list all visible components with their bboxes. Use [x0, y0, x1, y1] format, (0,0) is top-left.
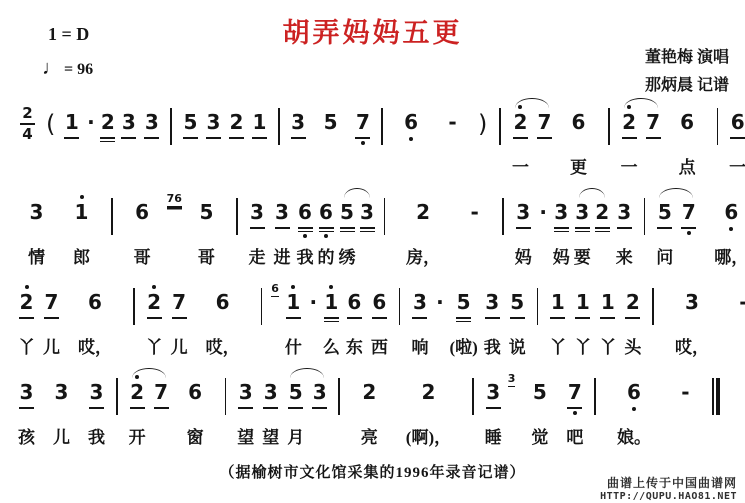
note-digit: -: [446, 110, 459, 135]
lyric: 更: [570, 153, 587, 175]
note-digit: 5: [457, 290, 471, 315]
lyric: 丫: [549, 333, 566, 355]
note-digit: -: [679, 380, 692, 405]
beam-line: [516, 227, 531, 229]
augmentation-dot: ·: [433, 277, 446, 355]
lyric: 头: [624, 333, 641, 355]
note-digit: 2: [130, 380, 144, 405]
note-digit: 3: [20, 380, 34, 405]
barline: [381, 97, 383, 145]
lyric: 睡: [485, 423, 502, 445]
note: 3: [291, 97, 306, 175]
note: 6东: [346, 277, 363, 355]
note-digit: 3: [313, 380, 327, 405]
lyric: 娘。: [617, 423, 651, 445]
note: 3睡: [485, 367, 502, 445]
note: 3情: [28, 187, 45, 265]
beam-area: [250, 225, 265, 240]
note: 2丫: [18, 277, 35, 355]
beam-area: [89, 405, 104, 420]
lyric: 么: [323, 333, 340, 355]
lyric: 什: [285, 333, 302, 355]
barline: [499, 97, 501, 145]
barline-mark: [608, 108, 610, 145]
lyric: 郎: [73, 243, 90, 265]
note: 3儿: [53, 367, 70, 445]
beam-line: [622, 137, 637, 139]
note-digit: 3: [617, 200, 631, 225]
note-digit: 6: [627, 380, 641, 405]
beam-line: [347, 317, 362, 319]
beam-area: [730, 135, 745, 150]
note-digit: 1: [551, 290, 565, 315]
note-digit: 3: [30, 200, 44, 225]
beam-area: [154, 405, 169, 420]
beam-area: [340, 225, 355, 240]
beam-line: [298, 227, 313, 229]
octave-dot-above: [152, 285, 156, 289]
barline-mark: [399, 288, 401, 325]
lyric: 月: [287, 423, 304, 445]
note: 2: [595, 187, 610, 265]
note: 7: [355, 97, 370, 175]
beam-area: [729, 225, 733, 240]
lyric: 绣: [339, 243, 356, 265]
barline: [399, 277, 401, 325]
note-digit: 3: [485, 290, 499, 315]
beam-area: [229, 135, 244, 150]
note: 3: [360, 187, 375, 265]
beam-line: [288, 407, 303, 409]
lyric: 我: [88, 423, 105, 445]
note-digit: 1: [576, 290, 590, 315]
barline-mark: [236, 198, 238, 235]
lyric: 说: [509, 333, 526, 355]
lyric: 妈: [553, 243, 570, 265]
beam-area: [324, 315, 339, 330]
beam-area: [567, 405, 582, 420]
parenthesis: (: [46, 97, 55, 138]
beam-line: [537, 137, 552, 139]
note: 6一: [729, 97, 745, 175]
barline: [111, 187, 113, 235]
barline: [644, 187, 646, 235]
beam-area: [537, 135, 552, 150]
note: 2: [229, 97, 244, 175]
barline: [384, 187, 386, 235]
note: 5哥: [198, 187, 215, 265]
lyric: 窗: [187, 423, 204, 445]
lyric: 开: [129, 423, 146, 445]
beam-line: [355, 137, 370, 139]
lyric: 我: [297, 243, 314, 265]
lyric: 响: [411, 333, 428, 355]
barline: [537, 277, 539, 325]
note-digit: 1: [286, 290, 300, 315]
lyric: 妈: [515, 243, 532, 265]
beam-line: [646, 137, 661, 139]
note: 6我: [297, 187, 314, 265]
note-digit: 3: [516, 200, 530, 225]
beam-area: [409, 135, 413, 150]
note: 1: [64, 97, 79, 175]
note: 7: [537, 97, 552, 175]
augmentation-dot: ·: [537, 187, 550, 265]
final-barline: [712, 367, 720, 415]
note-digit: 1: [324, 290, 338, 315]
slur-group: 2开7: [125, 367, 173, 445]
beam-area: [298, 225, 313, 240]
beam-area: [183, 135, 198, 150]
note: 3响: [411, 277, 428, 355]
beam-line: [625, 317, 640, 319]
grace-note-digits: 3: [508, 373, 516, 387]
octave-dot-below: [573, 411, 577, 415]
beam-area: [263, 405, 278, 420]
note: 3: [206, 97, 221, 175]
time-signature: 24: [20, 97, 35, 142]
beam-line: [100, 137, 115, 139]
note: 6更: [570, 97, 587, 175]
beam-line: [412, 317, 427, 319]
beam-area: [347, 315, 362, 330]
note: 1丫: [574, 277, 591, 355]
barline-mark: [381, 108, 383, 145]
barline: [472, 367, 474, 415]
lyric: 哥: [198, 243, 215, 265]
note: 5问: [656, 187, 673, 265]
note: 3进: [274, 187, 291, 265]
beam-area: [681, 225, 696, 240]
note: 6哪，: [714, 187, 745, 265]
beam-line: [510, 317, 525, 319]
notation-line: 24(1·23353213576-)2一76更2一76点6一6更13鼓5儿6梆，…: [14, 97, 738, 175]
note-digit: 6: [347, 290, 361, 315]
octave-dot-above-area: [291, 277, 295, 290]
barline: [225, 367, 227, 415]
beam-area: [513, 135, 528, 150]
note-digit: 3: [554, 200, 568, 225]
beam-line: [183, 137, 198, 139]
tempo-value: = 96: [64, 61, 93, 78]
beam-line: [250, 227, 265, 229]
beam-line: [291, 137, 306, 139]
note-digit: 6: [298, 200, 312, 225]
time-signature-stack: 24: [20, 106, 35, 142]
note-digit: 6: [88, 290, 102, 315]
beam-area: [19, 405, 34, 420]
note-digit: 2: [20, 290, 34, 315]
barline: [652, 277, 654, 325]
lyric: 我: [484, 333, 501, 355]
note: 1郎: [73, 187, 90, 265]
barline-mark: [384, 198, 386, 235]
note: 6哥: [134, 187, 151, 265]
barline-mark: [537, 288, 539, 325]
beam-line: [372, 317, 387, 319]
barline: [608, 97, 610, 145]
parenthesis: ): [478, 97, 487, 138]
lyric: 儿: [43, 333, 60, 355]
beam-area: [485, 315, 500, 330]
note-digit: 2: [626, 290, 640, 315]
note: 7儿: [43, 277, 60, 355]
beam-area: [600, 315, 615, 330]
notation-line: 3孩3儿3我2开76窗3望3望5月32亮2(啊)，3睡35觉7吧6娘。-: [14, 367, 738, 445]
duration-dash: -: [446, 97, 459, 175]
beam-area: [516, 225, 531, 240]
lyric: 望: [262, 423, 279, 445]
octave-dot-above-area: [80, 187, 84, 200]
beam-line: [595, 231, 610, 233]
beam-area: [550, 315, 565, 330]
slur-group: 5问7: [652, 187, 700, 265]
note-digit: 7: [154, 380, 168, 405]
note: 7: [646, 97, 661, 175]
lyric: 哎，: [206, 333, 240, 355]
note-digit: 3: [575, 200, 589, 225]
note-digit: 5: [510, 290, 524, 315]
beam-line: [252, 137, 267, 139]
beam-line: [681, 227, 696, 229]
note-digit: 3: [90, 380, 104, 405]
note-digit: 2: [230, 110, 244, 135]
octave-dot-above: [291, 285, 295, 289]
note-digit: 6: [680, 110, 694, 135]
note-digit: 3: [486, 380, 500, 405]
beam-area: [130, 405, 145, 420]
barline-mark: [111, 198, 113, 235]
beam-line: [121, 137, 136, 139]
beam-area: [617, 225, 632, 240]
lyric: 望: [237, 423, 254, 445]
lyric: 西: [371, 333, 388, 355]
beam-area: [147, 315, 162, 330]
note: 5绣: [339, 187, 356, 265]
octave-dot-below: [361, 141, 365, 145]
note: 2一: [621, 97, 638, 175]
beam-line: [238, 407, 253, 409]
beam-area: [121, 135, 136, 150]
beam-area: [510, 315, 525, 330]
beam-area: [238, 405, 253, 420]
note-digit: 2: [416, 200, 430, 225]
note-digit: 6: [724, 200, 738, 225]
paren-mark: (: [46, 110, 55, 138]
note-digit: 2: [362, 380, 376, 405]
beam-line: [595, 227, 610, 229]
beam-area: [632, 405, 636, 420]
note-digit: 1: [75, 200, 89, 225]
performer-credit: 董艳梅 演唱: [645, 44, 729, 72]
beam-line: [567, 407, 582, 409]
beam-line: [554, 227, 569, 229]
beam-line: [485, 317, 500, 319]
thick-line: [716, 378, 720, 415]
barline-mark: [652, 288, 654, 325]
barline: [261, 277, 263, 325]
duration-dash: -: [468, 187, 481, 265]
lyric: 的: [318, 243, 335, 265]
note: 5: [183, 97, 198, 175]
beam-line: [600, 317, 615, 319]
note-digit: 2: [514, 110, 528, 135]
grace-note-digits: 6: [271, 283, 279, 297]
lyric: 点: [679, 153, 696, 175]
beam-area: [252, 135, 267, 150]
barline-mark: [261, 288, 263, 325]
barline-mark: [278, 108, 280, 145]
note-digit: 6: [188, 380, 202, 405]
note-digit: ·: [84, 110, 97, 135]
note: 6窗: [187, 367, 204, 445]
lyric: 问: [656, 243, 673, 265]
time-signature-bottom: 4: [22, 127, 32, 142]
lyric: 房，: [406, 243, 440, 265]
note: 3要: [574, 187, 591, 265]
note: 6娘。: [617, 367, 651, 445]
beam-line: [319, 227, 334, 229]
note: 3望: [237, 367, 254, 445]
barline: [278, 97, 280, 145]
beam-line: [64, 137, 79, 139]
beam-line: [360, 227, 375, 229]
slur-group: 2一7: [508, 97, 556, 175]
note-digit: 6: [216, 290, 230, 315]
note-digit: 3: [413, 290, 427, 315]
note: 2(啊)，: [406, 367, 451, 445]
barline-mark: [338, 378, 340, 415]
note-digit: 2: [622, 110, 636, 135]
note-digit: 5: [533, 380, 547, 405]
lyric: (啊)，: [406, 423, 451, 445]
beam-line: [298, 231, 313, 233]
note: 3: [144, 97, 159, 175]
barline-mark: [225, 378, 227, 415]
barline-mark: [594, 378, 596, 415]
slur-group: 5绣3: [337, 187, 377, 265]
barline: [236, 187, 238, 235]
note: 3妈: [553, 187, 570, 265]
note-digit: 5: [184, 110, 198, 135]
lyric: 孩: [18, 423, 35, 445]
beam-line: [144, 137, 159, 139]
octave-dot-above: [80, 195, 84, 199]
octave-dot-above-area: [152, 277, 156, 290]
lyric: 来: [616, 243, 633, 265]
lyric: 情: [28, 243, 45, 265]
note: 3我: [88, 367, 105, 445]
lyric: 哎，: [78, 333, 112, 355]
grace-note: 76: [167, 187, 182, 207]
lyric: 一: [729, 153, 745, 175]
note-digit: 6: [319, 200, 333, 225]
beam-line: [324, 317, 339, 319]
notation-line: 2丫7儿6哎，2丫7儿6哎，61什·1么6东6西3响·5(啦)3我5说1丫1丫1…: [14, 277, 738, 355]
beam-line: [147, 317, 162, 319]
note: 1丫: [599, 277, 616, 355]
note-digit: 5: [199, 200, 213, 225]
note-digit: ·: [537, 200, 550, 225]
beam-area: [372, 315, 387, 330]
note: 6: [404, 97, 418, 175]
note: 6哎，: [78, 277, 112, 355]
beam-area: [360, 225, 375, 240]
beam-area: [172, 315, 187, 330]
barline-mark: [502, 198, 504, 235]
transcriber-credit: 那炳晨 记谱: [645, 72, 729, 100]
beam-area: [286, 315, 301, 330]
beam-line: [89, 407, 104, 409]
note-digit: 5: [340, 200, 354, 225]
beam-area: [412, 315, 427, 330]
note-digit: 7: [646, 110, 660, 135]
note-digit: 3: [275, 200, 289, 225]
note: 6哎，: [206, 277, 240, 355]
beam-area: [595, 225, 610, 240]
octave-dot-below: [303, 234, 307, 238]
time-signature-top: 2: [22, 106, 32, 121]
quarter-note-icon: ♩: [42, 57, 62, 79]
note-digit: 3: [250, 200, 264, 225]
slur-group: 2一7: [617, 97, 665, 175]
octave-dot-above-area: [329, 277, 333, 290]
note: 3来: [616, 187, 633, 265]
barline: [170, 97, 172, 145]
note: 3: [121, 97, 136, 175]
note-digit: 2: [421, 380, 435, 405]
lyric: 丫: [574, 333, 591, 355]
watermark-site-name: 曲谱上传于中国曲谱网: [600, 474, 737, 491]
note: 5觉: [531, 367, 548, 445]
lyric: 哪，: [714, 243, 745, 265]
beam-area: [312, 405, 327, 420]
beam-line: [206, 137, 221, 139]
duration-dash: -: [679, 367, 692, 445]
note: 5: [324, 97, 338, 175]
notation-area: 24(1·23353213576-)2一76更2一76点6一6更13鼓5儿6梆，…: [14, 97, 738, 457]
note: 7吧: [566, 367, 583, 445]
lyric: 儿: [53, 423, 70, 445]
lyric: 儿: [171, 333, 188, 355]
note-digit: 2: [595, 200, 609, 225]
slur-group: 3要2: [572, 187, 612, 265]
augmentation-dot: ·: [307, 277, 320, 355]
beam-line: [44, 317, 59, 319]
lyric: 一: [621, 153, 638, 175]
credits: 董艳梅 演唱 那炳晨 记谱: [645, 44, 729, 100]
note-digit: 3: [291, 110, 305, 135]
beam-area: [206, 135, 221, 150]
beam-area: [355, 135, 370, 150]
beam-line: [456, 321, 471, 323]
note-digit: 3: [264, 380, 278, 405]
beam-area: [288, 405, 303, 420]
beam-area: [100, 135, 115, 150]
barline-mark: [133, 288, 135, 325]
barline-mark: [116, 378, 118, 415]
note: 5说: [509, 277, 526, 355]
note-digit: 3: [122, 110, 136, 135]
note: 1么: [323, 277, 340, 355]
note-digit: ·: [433, 290, 446, 315]
lyric: 哎，: [675, 333, 709, 355]
beam-area: [625, 315, 640, 330]
note: 2亮: [361, 367, 378, 445]
beam-area: [657, 225, 672, 240]
beam-line: [130, 407, 145, 409]
note: 5月: [287, 367, 304, 445]
